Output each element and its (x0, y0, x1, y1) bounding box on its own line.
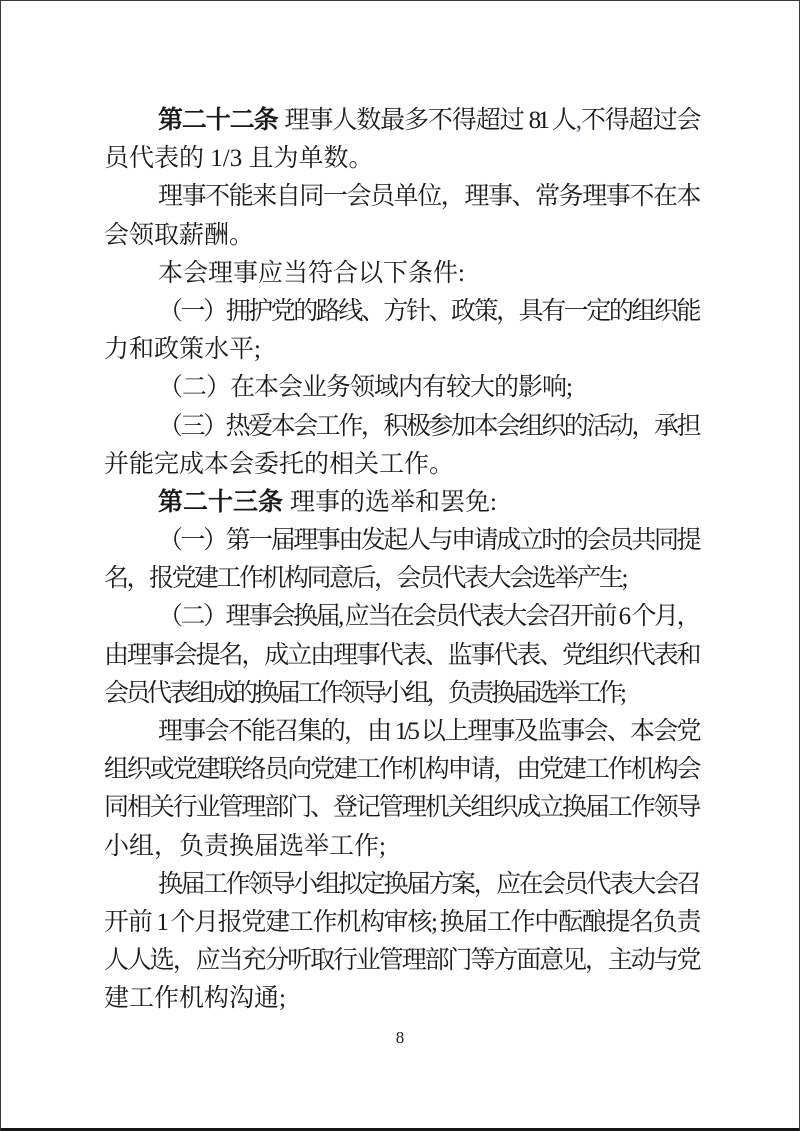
article-23-opening-line: 第二十三条理事的选举和罢免: (104, 484, 698, 522)
doc-line: 建工作机构沟通; (104, 980, 698, 1018)
article-22-opening-line: 第二十二条理事人数最多不得超过 81 人,不得超过会 (104, 102, 698, 140)
article-22-number: 第二十二条 (158, 107, 278, 134)
doc-line: 员代表的 1/3 且为单数。 (104, 140, 698, 178)
doc-line: 开前 1 个月报党建工作机构审核; 换届工作中酝酿提名负责 (104, 904, 698, 942)
page-footer: 8 (1, 1027, 799, 1049)
doc-line: 名，报党建工作机构同意后，会员代表大会选举产生; (104, 560, 698, 598)
doc-line: 换届工作领导小组拟定换届方案，应在会员代表大会召 (104, 866, 698, 904)
doc-line: （二）理事会换届, 应当在会员代表大会召开前 6 个月， (104, 598, 698, 636)
doc-text: 理事人数最多不得超过 81 人 (278, 107, 576, 134)
doc-line: 小组，负责换届选举工作; (104, 828, 698, 866)
document-page: 第二十二条理事人数最多不得超过 81 人,不得超过会 员代表的 1/3 且为单数… (0, 0, 800, 1131)
doc-line: （三）热爱本会工作，积极参加本会组织的活动，承担 (104, 408, 698, 446)
doc-line: 组织或党建联络员向党建工作机构申请，由党建工作机构会 (104, 751, 698, 789)
doc-text: 不得超过会 (578, 107, 698, 134)
doc-line: 本会理事应当符合以下条件: (104, 255, 698, 293)
doc-line: （一）第一届理事由发起人与申请成立时的会员共同提 (104, 522, 698, 560)
doc-line: 会领取薪酬。 (104, 217, 698, 255)
page-number: 8 (396, 1028, 405, 1047)
doc-line: 由理事会提名，成立由理事代表、监事代表、党组织代表和 (104, 637, 698, 675)
doc-line: 理事不能来自同一会员单位，理事、常务理事不在本 (104, 178, 698, 216)
doc-line: 会员代表组成的换届工作领导小组，负责换届选举工作; (104, 675, 698, 713)
doc-line: 同相关行业管理部门、登记管理机关组织成立换届工作领导 (104, 789, 698, 827)
doc-line: 人人选，应当充分听取行业管理部门等方面意见，主动与党 (104, 942, 698, 980)
doc-line: （一）拥护党的路线、方针、政策，具有一定的组织能 (104, 293, 698, 331)
doc-text: 理事的选举和罢免: (283, 489, 497, 516)
document-body: 第二十二条理事人数最多不得超过 81 人,不得超过会 员代表的 1/3 且为单数… (104, 102, 698, 1019)
doc-line: 理事会不能召集的，由 1/5 以上理事及监事会、本会党 (104, 713, 698, 751)
doc-line: 并能完成本会委托的相关工作。 (104, 446, 698, 484)
article-23-number: 第二十三条 (158, 489, 283, 516)
doc-line: （二）在本会业务领域内有较大的影响; (104, 369, 698, 407)
doc-line: 力和政策水平; (104, 331, 698, 369)
